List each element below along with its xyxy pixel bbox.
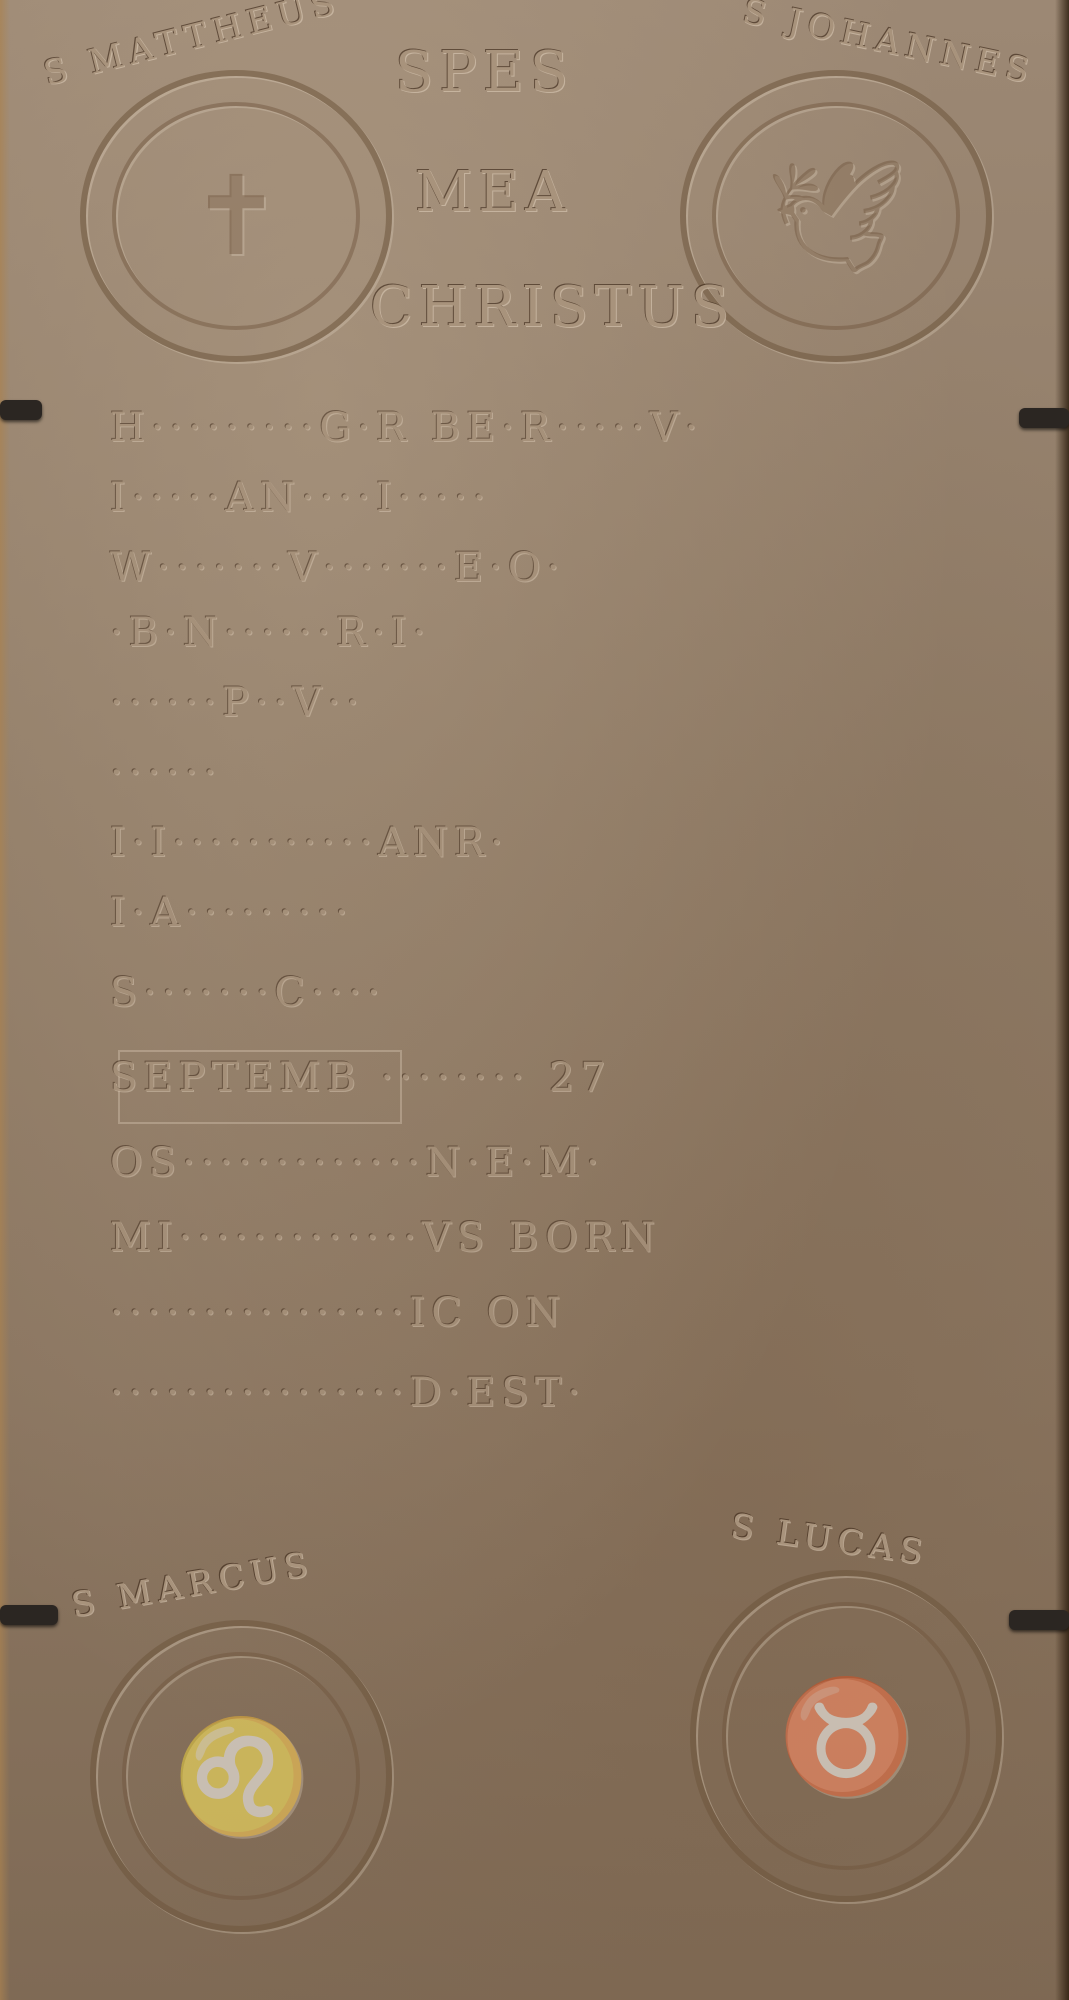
lion-icon: ♌ xyxy=(122,1652,360,1900)
inscription-line: MI·············VS BORN xyxy=(110,1215,661,1261)
inscription-line: OS·············N·E·M· xyxy=(110,1140,605,1186)
medallion-matthew: ✝ xyxy=(80,70,392,362)
inscription-line: ······ xyxy=(110,750,222,796)
inscription-line: ······P··V·· xyxy=(110,680,365,726)
medallion-mark: ♌ xyxy=(90,1620,392,1932)
inscription-line-date: SEPTEMB ········ 27 xyxy=(110,1055,612,1101)
inscription-line: W·······V·······E·O· xyxy=(110,545,565,591)
inscription-line: ················D·EST· xyxy=(110,1370,586,1416)
header-line-mea: MEA xyxy=(415,160,572,225)
medallion-luke: ♉ xyxy=(690,1570,1002,1902)
slab-right-edge xyxy=(1055,0,1069,2000)
inscription-line: H·········G·R BE·R·····V· xyxy=(110,405,703,451)
inscription-line: I·····AN····I····· xyxy=(110,475,492,521)
inscription-line: I·A········· xyxy=(110,890,354,936)
slab-left-edge xyxy=(0,0,10,2000)
mounting-peg-bottom-left xyxy=(0,1605,58,1625)
inscription-line: ·B·N······R·I· xyxy=(110,610,431,656)
header-line-spes: SPES xyxy=(395,40,574,105)
inscription-line: ················IC ON xyxy=(110,1290,566,1336)
angel-icon: ✝ xyxy=(112,102,360,330)
inscription-line: S·······C···· xyxy=(110,970,386,1016)
mounting-peg-bottom-right xyxy=(1009,1610,1069,1630)
eagle-icon: 🕊 xyxy=(712,102,960,330)
inscription-line: I·I···········ANR· xyxy=(110,820,509,866)
mounting-peg-top-left xyxy=(0,400,42,420)
mounting-peg-top-right xyxy=(1019,408,1069,428)
ox-icon: ♉ xyxy=(722,1602,970,1870)
header-line-christus: CHRISTUS xyxy=(370,275,735,340)
